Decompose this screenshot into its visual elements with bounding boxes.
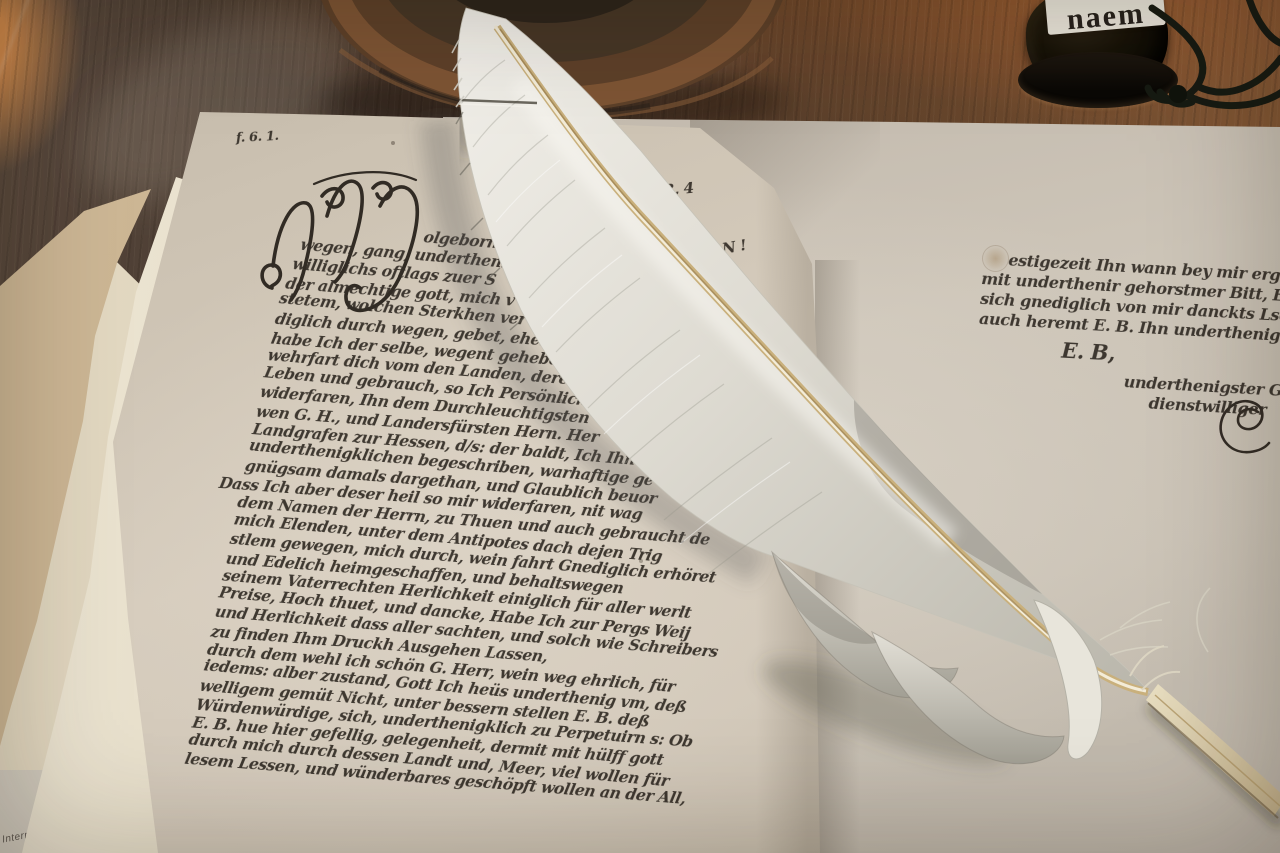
- quill-shaft: [1130, 646, 1280, 818]
- photograph-old-letter-with-quill: naem Intern estigezeit Ihn wann bey mir …: [0, 0, 1280, 853]
- quill-feather: [0, 0, 1280, 853]
